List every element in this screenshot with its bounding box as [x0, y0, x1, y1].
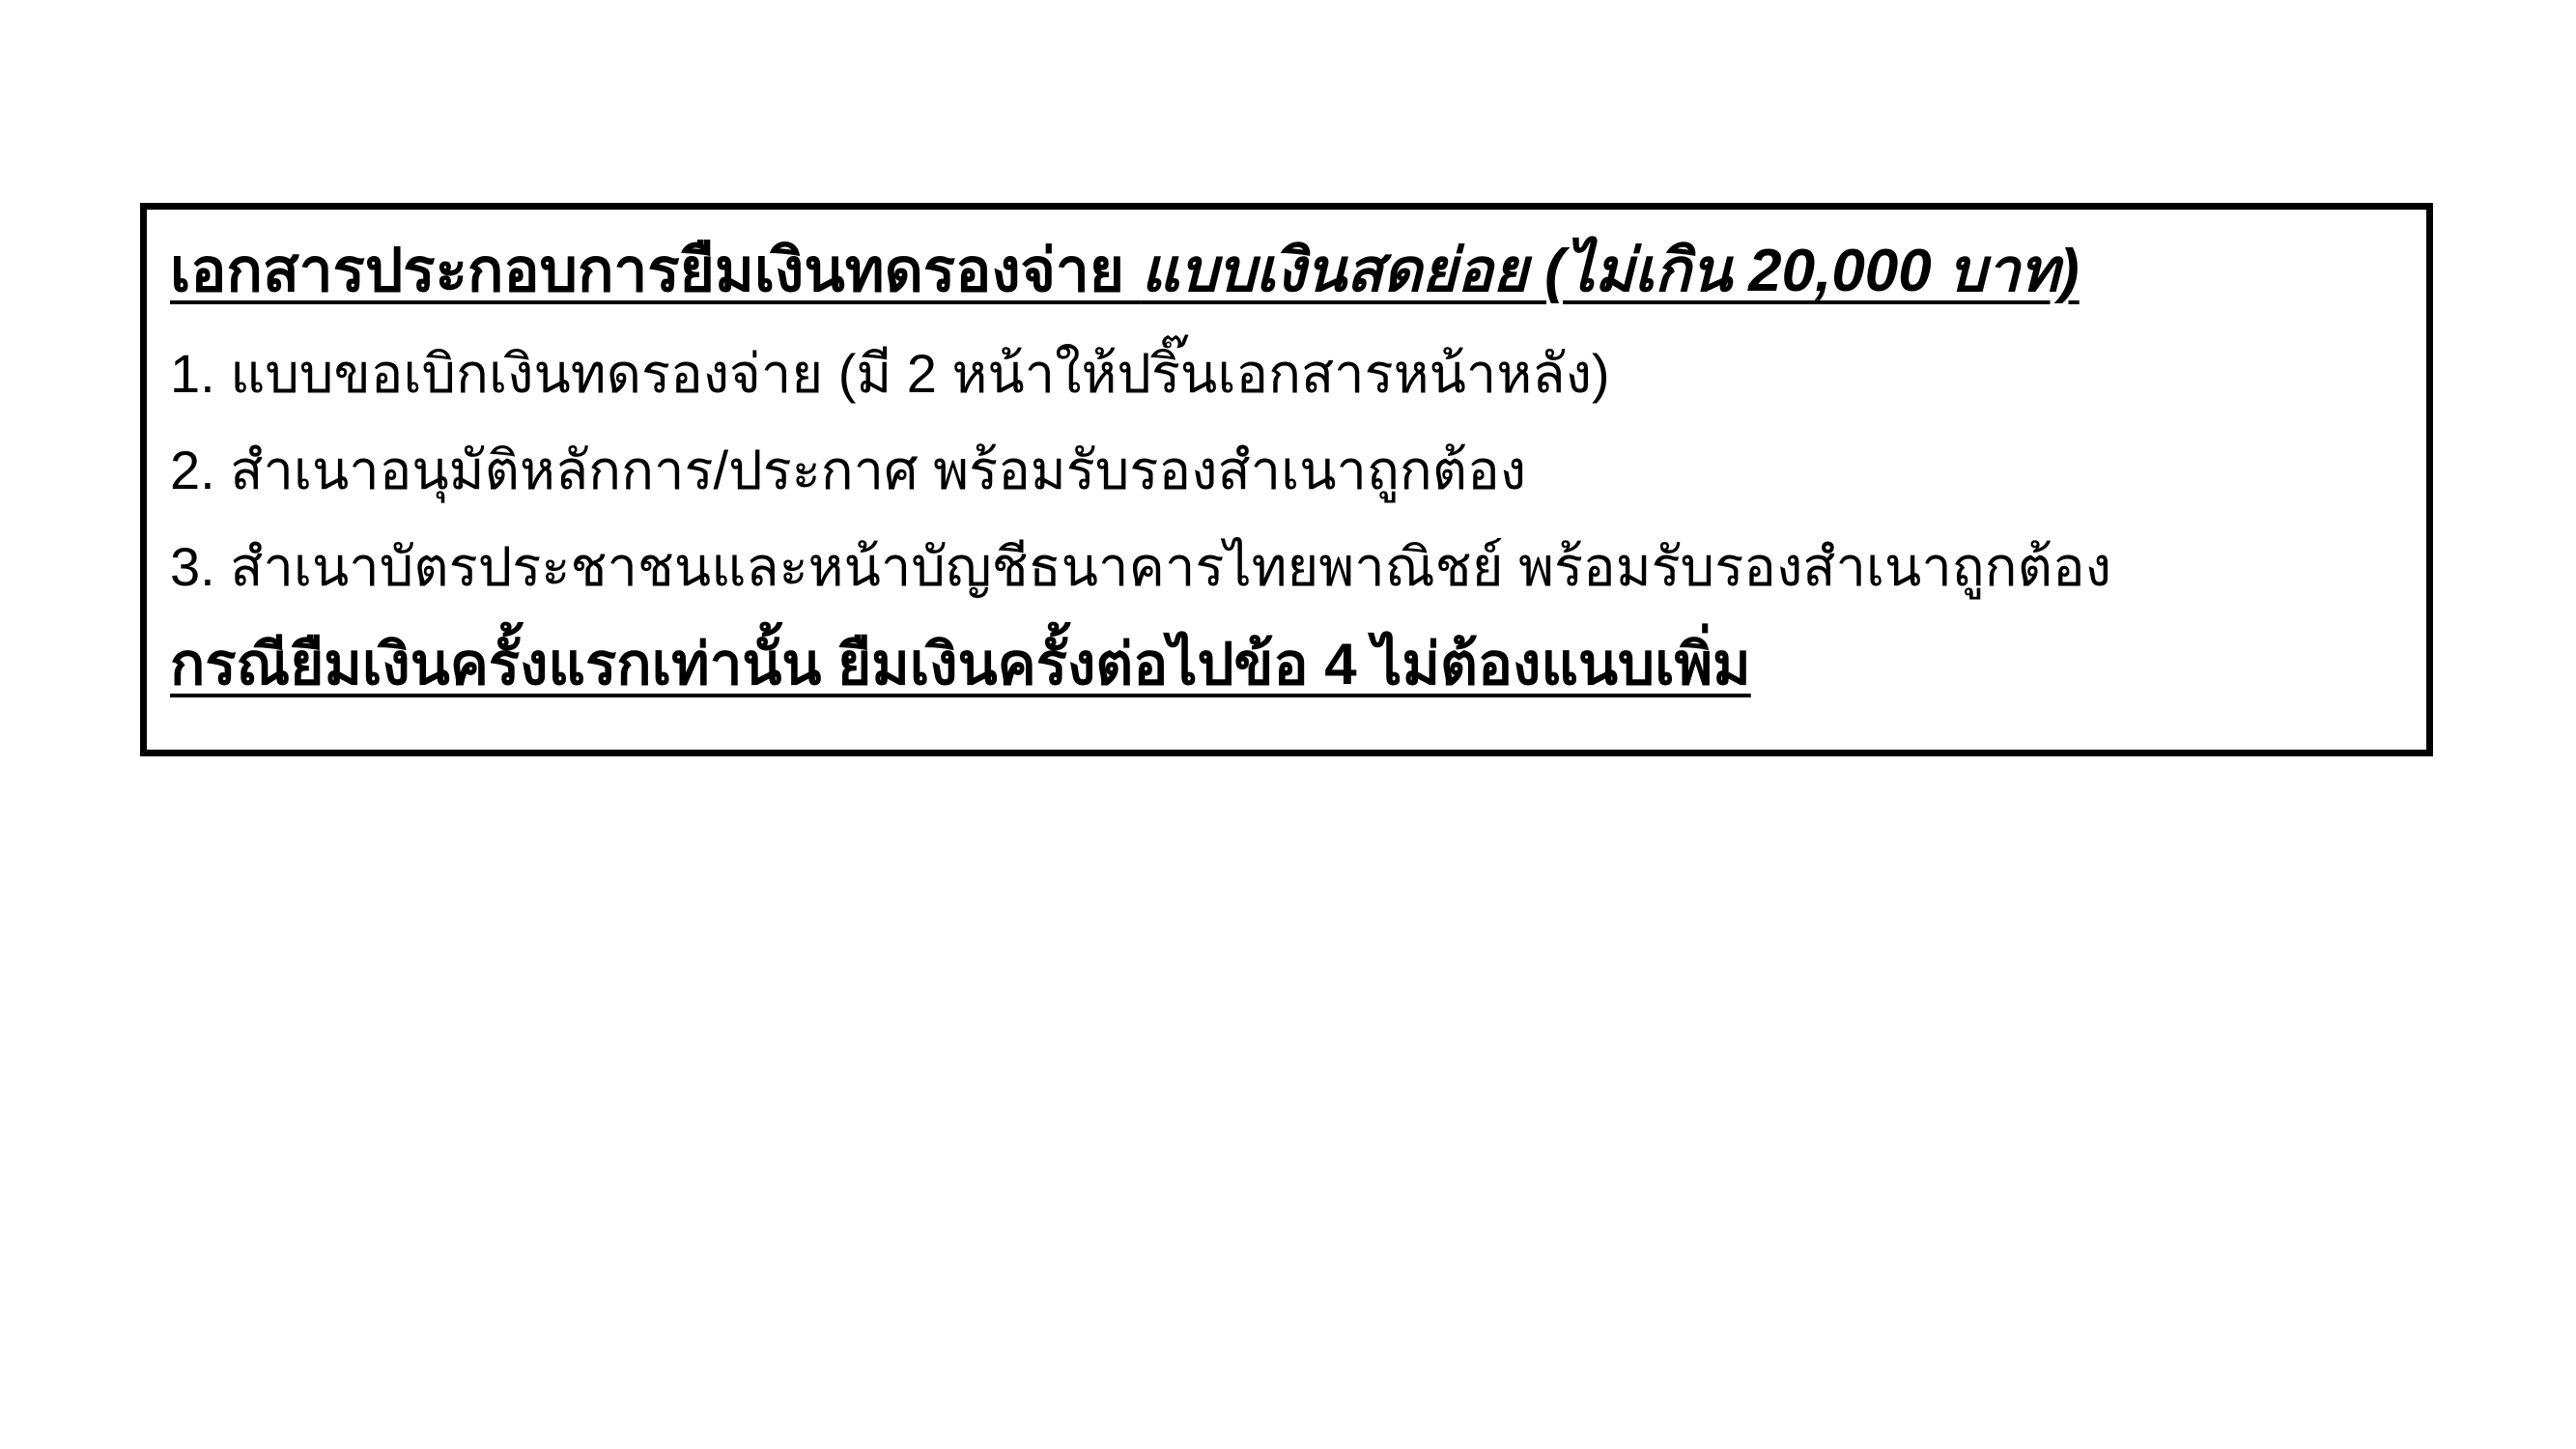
title-main-text: เอกสารประกอบการยืมเงินทดรองจ่าย [170, 238, 1141, 304]
notice-box: เอกสารประกอบการยืมเงินทดรองจ่าย แบบเงินส… [140, 203, 2433, 756]
title-condition-text: แบบเงินสดย่อย (ไม่เกิน 20,000 บาท) [1141, 238, 2079, 304]
document-page: เอกสารประกอบการยืมเงินทดรองจ่าย แบบเงินส… [0, 0, 2576, 1449]
list-item-2: 2. สำเนาอนุมัติหลักการ/ประกาศ พร้อมรับรอ… [170, 422, 2403, 519]
footer-note: กรณียืมเงินครั้งแรกเท่านั้น ยืมเงินครั้ง… [170, 615, 2403, 714]
document-title: เอกสารประกอบการยืมเงินทดรองจ่าย แบบเงินส… [170, 217, 2403, 326]
list-item-1: 1. แบบขอเบิกเงินทดรองจ่าย (มี 2 หน้าให้ป… [170, 326, 2403, 422]
list-item-3: 3. สำเนาบัตรประชาชนและหน้าบัญชีธนาคารไทย… [170, 519, 2403, 615]
